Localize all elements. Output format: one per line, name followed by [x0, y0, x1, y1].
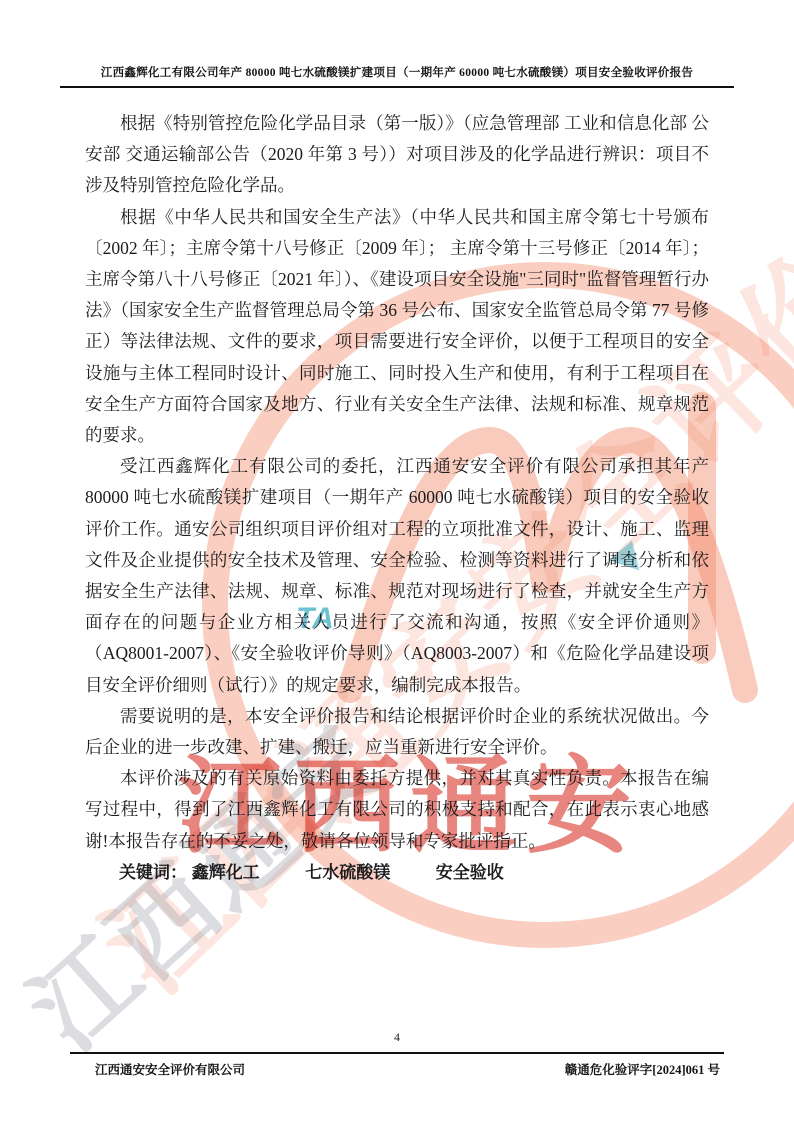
paragraph-legal-basis: 根据《中华人民共和国安全生产法》（中华人民共和国主席令第七十号颁布〔2002 年… [85, 202, 709, 452]
paragraph-commission: 受江西鑫辉化工有限公司的委托，江西通安安全评价有限公司承担其年产 80000 吨… [85, 451, 709, 701]
header-title: 江西鑫辉化工有限公司年产 80000 吨七水硫酸镁扩建项目（一期年产 60000… [60, 64, 734, 88]
footer-rule [70, 1052, 724, 1054]
document-body: 根据《特别管控危险化学品目录（第一版）》（应急管理部 工业和信息化部 公安部 交… [85, 108, 709, 888]
keywords-line: 关键词： 鑫辉化工 七水硫酸镁 安全验收 [85, 857, 709, 888]
page-number: 4 [0, 1030, 794, 1045]
keyword-item: 七水硫酸镁 [305, 863, 390, 882]
paragraph-note: 需要说明的是，本安全评价报告和结论根据评价时企业的系统状况做出。今后企业的进一步… [85, 701, 709, 763]
keywords-label: 关键词： [119, 863, 187, 882]
paragraph-chemical-identification: 根据《特别管控危险化学品目录（第一版）》（应急管理部 工业和信息化部 公安部 交… [85, 108, 709, 202]
keyword-item: 安全验收 [436, 863, 504, 882]
footer-doc-number: 赣通危化验评字[2024]061 号 [565, 1060, 720, 1078]
keyword-item: 鑫辉化工 [192, 863, 260, 882]
paragraph-acknowledgement: 本评价涉及的有关原始资料由委托方提供，并对其真实性负责。本报告在编写过程中，得到… [85, 763, 709, 857]
footer-company-name: 江西通安安全评价有限公司 [95, 1060, 245, 1078]
footer: 江西通安安全评价有限公司 赣通危化验评字[2024]061 号 [95, 1060, 720, 1078]
content-layer: 江西鑫辉化工有限公司年产 80000 吨七水硫酸镁扩建项目（一期年产 60000… [0, 0, 794, 1123]
document-page: 江西通安安全评价有限公司 江西通安 江西通安 TA 江西鑫辉化工有限公司年产 8… [0, 0, 794, 1123]
